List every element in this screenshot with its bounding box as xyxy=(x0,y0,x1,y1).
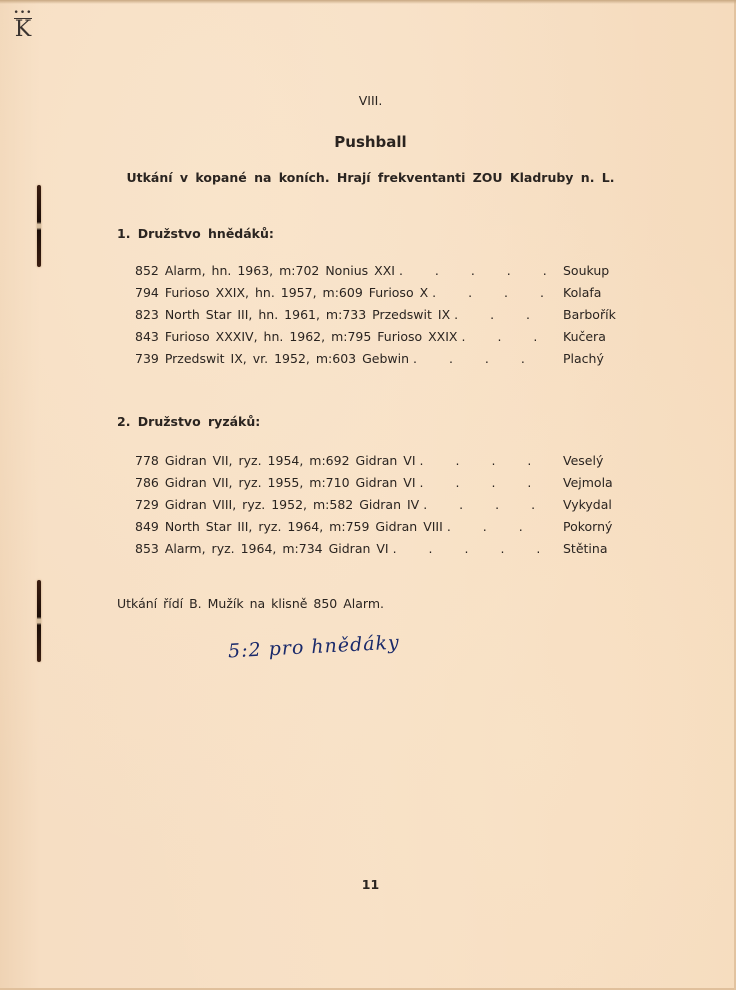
document-page: ••• K VIII. Pushball Utkání v kopané na … xyxy=(0,0,736,990)
roster-entry: 843 Furioso XXXIV, hn. 1962, m:795 Furio… xyxy=(135,328,615,350)
roster-entry: 823 North Star III, hn. 1961, m:733 Prze… xyxy=(135,306,615,328)
dot-leader: . . . . . . . xyxy=(409,350,555,368)
rider-name: Stětina xyxy=(555,540,615,558)
rider-name: Plachý xyxy=(555,350,615,368)
dot-leader: . . . . . . xyxy=(416,474,555,492)
horse-info: 849 North Star III, ryz. 1964, m:759 Gid… xyxy=(135,518,443,536)
dot-leader: . . . . . . xyxy=(416,452,555,470)
handwritten-score: 5:2 pro hnědáky xyxy=(228,632,401,663)
roster-entry: 853 Alarm, ryz. 1964, m:734 Gidran VI . … xyxy=(135,540,615,562)
horse-info: 852 Alarm, hn. 1963, m:702 Nonius XXI xyxy=(135,262,395,280)
horse-info: 823 North Star III, hn. 1961, m:733 Prze… xyxy=(135,306,450,324)
roster-entry: 786 Gidran VII, ryz. 1955, m:710 Gidran … xyxy=(135,474,615,496)
logo-letter: K xyxy=(10,19,36,41)
rider-name: Kučera xyxy=(555,328,615,346)
horse-info: 729 Gidran VIII, ryz. 1952, m:582 Gidran… xyxy=(135,496,419,514)
roster-entry: 729 Gidran VIII, ryz. 1952, m:582 Gidran… xyxy=(135,496,615,518)
dot-leader: . . . . . . . xyxy=(389,540,555,558)
binding-stitch-icon xyxy=(37,185,41,267)
rider-name: Veselý xyxy=(555,452,615,470)
referee-note: Utkání řídí B. Mužík na klisně 850 Alarm… xyxy=(117,596,384,611)
rider-name: Vejmola xyxy=(555,474,615,492)
chapter-number: VIII. xyxy=(0,93,741,108)
dot-leader: . . . . . . xyxy=(428,284,555,302)
page-number: 11 xyxy=(0,877,741,892)
horse-info: 786 Gidran VII, ryz. 1955, m:710 Gidran … xyxy=(135,474,416,492)
page-top-edge xyxy=(0,0,736,4)
dot-leader: . . . . . . . xyxy=(395,262,555,280)
crown-dots-icon: ••• xyxy=(10,10,36,17)
horse-info: 778 Gidran VII, ryz. 1954, m:692 Gidran … xyxy=(135,452,416,470)
library-logo: ••• K xyxy=(10,10,36,41)
roster-entry: 739 Przedswit IX, vr. 1952, m:603 Gebwin… xyxy=(135,350,615,372)
page-title: Pushball xyxy=(0,133,741,151)
roster-entry: 852 Alarm, hn. 1963, m:702 Nonius XXI . … xyxy=(135,262,615,284)
dot-leader: . . . . . . xyxy=(419,496,555,514)
dot-leader: . . . . . xyxy=(458,328,556,346)
horse-info: 843 Furioso XXXIV, hn. 1962, m:795 Furio… xyxy=(135,328,458,346)
roster-entry: 849 North Star III, ryz. 1964, m:759 Gid… xyxy=(135,518,615,540)
dot-leader: . . . . . xyxy=(450,306,555,324)
rider-name: Kolafa xyxy=(555,284,615,302)
team-1-roster: 852 Alarm, hn. 1963, m:702 Nonius XXI . … xyxy=(135,262,615,372)
rider-name: Vykydal xyxy=(555,496,615,514)
rider-name: Pokorný xyxy=(555,518,615,536)
team-2-roster: 778 Gidran VII, ryz. 1954, m:692 Gidran … xyxy=(135,452,615,562)
roster-entry: 794 Furioso XXIX, hn. 1957, m:609 Furios… xyxy=(135,284,615,306)
horse-info: 739 Przedswit IX, vr. 1952, m:603 Gebwin xyxy=(135,350,409,368)
rider-name: Soukup xyxy=(555,262,615,280)
binding-stitch-icon xyxy=(37,580,41,662)
page-subtitle: Utkání v kopané na koních. Hrají frekven… xyxy=(0,170,741,185)
rider-name: Barbořík xyxy=(555,306,615,324)
team-1-heading: 1. Družstvo hnědáků: xyxy=(117,226,274,241)
dot-leader: . . . . . xyxy=(443,518,555,536)
horse-info: 853 Alarm, ryz. 1964, m:734 Gidran VI xyxy=(135,540,389,558)
team-2-heading: 2. Družstvo ryzáků: xyxy=(117,414,260,429)
horse-info: 794 Furioso XXIX, hn. 1957, m:609 Furios… xyxy=(135,284,428,302)
roster-entry: 778 Gidran VII, ryz. 1954, m:692 Gidran … xyxy=(135,452,615,474)
